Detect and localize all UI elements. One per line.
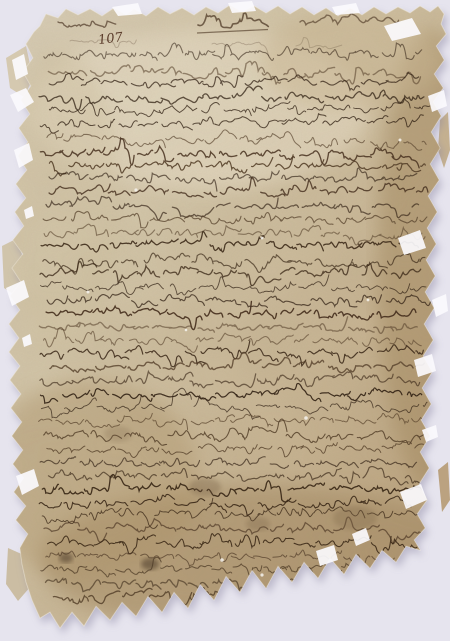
tear-highlight <box>332 3 360 15</box>
ink-blot <box>59 553 73 563</box>
pinhole <box>304 416 308 420</box>
paper-fragment <box>438 112 450 168</box>
tear-highlight <box>432 294 448 317</box>
ink-blot <box>104 426 132 442</box>
pinhole <box>134 188 137 191</box>
tear-highlight <box>228 1 256 13</box>
paper-fragment <box>438 462 450 512</box>
ink-blot <box>246 517 270 531</box>
manuscript-scan: 107 <box>0 0 450 641</box>
ink-blot <box>141 558 159 570</box>
folio-number: 107 <box>97 30 124 48</box>
ink-blot <box>189 478 221 496</box>
pinhole <box>87 291 90 294</box>
pinhole <box>399 139 402 142</box>
pinhole <box>261 237 264 240</box>
pinhole <box>329 555 332 558</box>
paper-grain-texture <box>0 0 450 641</box>
pinhole <box>367 299 370 302</box>
pinhole <box>260 573 263 576</box>
pinhole <box>185 329 188 332</box>
pinhole <box>220 558 224 562</box>
ink-blot <box>333 506 377 530</box>
parchment-svg: 107 <box>0 0 450 641</box>
red-spot <box>249 583 253 587</box>
